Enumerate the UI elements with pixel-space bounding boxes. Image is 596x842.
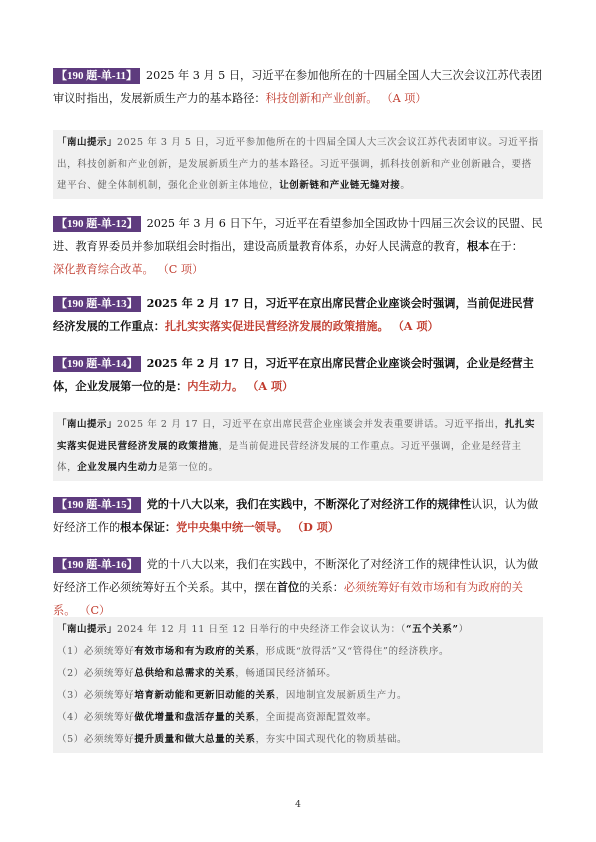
question-14: 【190 题-单-14】2025 年 2 月 17 日，习近平在京出席民营企业座…: [53, 352, 543, 398]
list-item-text: ，因地制宜发展新质生产力。: [276, 690, 407, 701]
question-tag: 【190 题-单-13】: [53, 296, 141, 312]
answer-option: （C 项）: [158, 263, 204, 276]
question-text: 党的十八大以来，我们在实践中，不断深化了对经济工作的规律性: [147, 497, 471, 511]
answer-text: 科技创新和产业创新。: [266, 92, 378, 105]
list-item-bold: 有效市场和有为政府的关系: [134, 646, 255, 657]
list-item: （2）必须统筹好总供给和总需求的关系，畅通国民经济循环。: [57, 663, 539, 685]
tip-box-2: 「南山提示」2025 年 2 月 17 日，习近平在京出席民营企业座谈会并发表重…: [53, 412, 543, 481]
answer-text: 扎扎实实落实促进民营经济发展的政策措施。: [165, 319, 389, 333]
list-item-bold: 总供给和总需求的关系: [134, 668, 235, 679]
question-text: 在于：: [489, 240, 523, 253]
list-item: （1）必须统筹好有效市场和有为政府的关系，形成既“放得活”又“管得住”的经济秩序…: [57, 641, 539, 663]
list-item-text: ，形成既“放得活”又“管得住”的经济秩序。: [256, 646, 450, 657]
list-item-bold: 培育新动能和更新旧动能的关系: [134, 690, 275, 701]
tip-text: ）: [459, 624, 469, 635]
list-item-text: ，畅通国民经济循环。: [235, 668, 336, 679]
tip-intro: 「南山提示」2024 年 12 月 11 日至 12 日举行的中央经济工作会议认…: [57, 619, 539, 641]
question-tag: 【190 题-单-12】: [53, 216, 141, 232]
question-15: 【190 题-单-15】党的十八大以来，我们在实践中，不断深化了对经济工作的规律…: [53, 493, 543, 539]
list-item: （5）必须统筹好提升质量和做大总量的关系，夯实中国式现代化的物质基础。: [57, 729, 539, 751]
answer-option: （C）: [79, 604, 110, 617]
question-13: 【190 题-单-13】2025 年 2 月 17 日，习近平在京出席民营企业座…: [53, 292, 543, 338]
tip-box-3: 「南山提示」2024 年 12 月 11 日至 12 日举行的中央经济工作会议认…: [53, 617, 543, 753]
list-item-text: ，全面提高资源配置效率。: [256, 712, 377, 723]
tip-text: 是第一位的。: [158, 462, 219, 473]
tip-text: 2025 年 2 月 17 日，习近平在京出席民营企业座谈会并发表重要讲话。习近…: [117, 419, 505, 430]
question-tag: 【190 题-单-16】: [53, 557, 141, 573]
question-emphasis: 根本保证：: [120, 520, 176, 534]
list-item-text: ，夯实中国式现代化的物质基础。: [256, 734, 408, 745]
list-item-bold: 提升质量和做大总量的关系: [134, 734, 255, 745]
question-11: 【190 题-单-11】2025 年 3 月 5 日，习近平在参加他所在的十四届…: [53, 64, 543, 110]
page-number: 4: [0, 800, 596, 810]
list-item: （4）必须统筹好做优增量和盘活存量的关系，全面提高资源配置效率。: [57, 707, 539, 729]
answer-text: 内生动力。: [187, 379, 243, 393]
list-item-number: （1）必须统筹好: [57, 646, 134, 657]
list-item-number: （4）必须统筹好: [57, 712, 134, 723]
list-item-bold: 做优增量和盘活存量的关系: [134, 712, 255, 723]
question-emphasis: 根本: [467, 239, 489, 253]
list-item-number: （5）必须统筹好: [57, 734, 134, 745]
answer-option: （A 项）: [247, 379, 293, 393]
tip-text: 。: [400, 180, 410, 191]
tip-bold: “五个关系”: [406, 624, 459, 635]
question-12: 【190 题-单-12】2025 年 3 月 6 日下午，习近平在看望参加全国政…: [53, 212, 543, 281]
question-text: 的关系：: [299, 581, 344, 594]
tip-lead: 「南山提示」: [57, 624, 117, 635]
answer-option: （D 项）: [292, 520, 339, 534]
list-item: （3）必须统筹好培育新动能和更新旧动能的关系，因地制宜发展新质生产力。: [57, 685, 539, 707]
question-emphasis: 首位: [277, 580, 299, 594]
tip-text: 2024 年 12 月 11 日至 12 日举行的中央经济工作会议认为：（: [117, 624, 406, 635]
question-tag: 【190 题-单-11】: [53, 68, 140, 84]
tip-bold: 让创新链和产业链无缝对接: [279, 180, 400, 191]
answer-option: （A 项）: [393, 319, 439, 333]
question-tag: 【190 题-单-14】: [53, 356, 141, 372]
answer-text: 深化教育综合改革。: [53, 263, 154, 276]
list-item-number: （3）必须统筹好: [57, 690, 134, 701]
answer-text: 党中央集中统一领导。: [176, 520, 288, 534]
tip-lead: 「南山提示」: [57, 137, 117, 148]
tip-box-1: 「南山提示」2025 年 3 月 5 日，习近平参加他所在的十四届全国人大三次会…: [53, 130, 543, 199]
tip-bold: 企业发展内生动力: [77, 462, 158, 473]
question-tag: 【190 题-单-15】: [53, 497, 141, 513]
list-item-number: （2）必须统筹好: [57, 668, 134, 679]
question-16: 【190 题-单-16】党的十八大以来，我们在实践中，不断深化了对经济工作的规律…: [53, 553, 543, 622]
answer-option: （A 项）: [381, 92, 426, 105]
tip-lead: 「南山提示」: [57, 419, 117, 430]
